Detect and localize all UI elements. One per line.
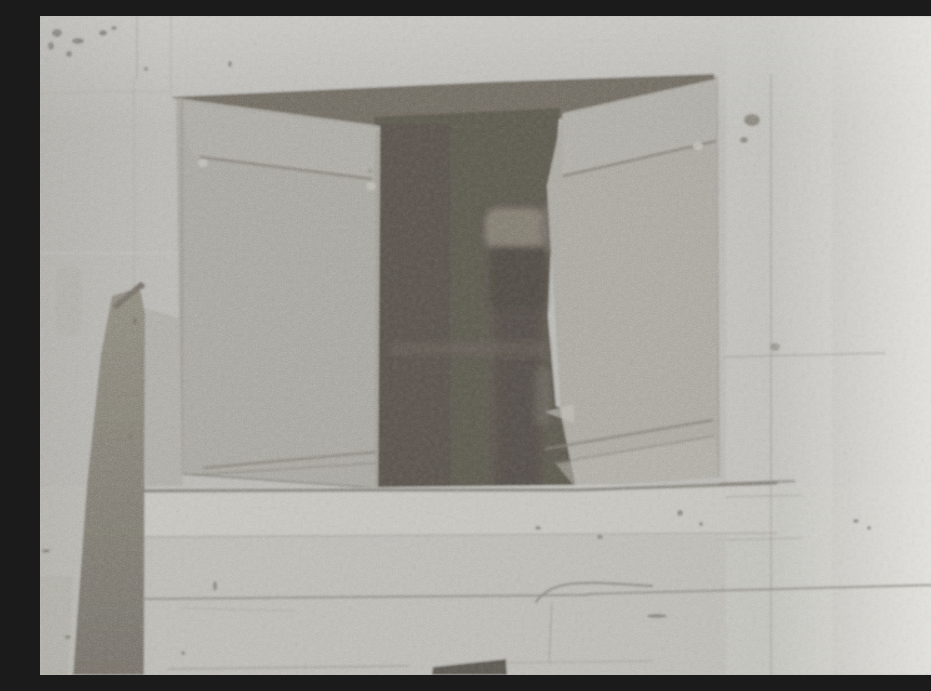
scanned-photo	[40, 16, 931, 675]
photo-canvas	[40, 16, 931, 675]
grain-coarse	[40, 16, 931, 675]
